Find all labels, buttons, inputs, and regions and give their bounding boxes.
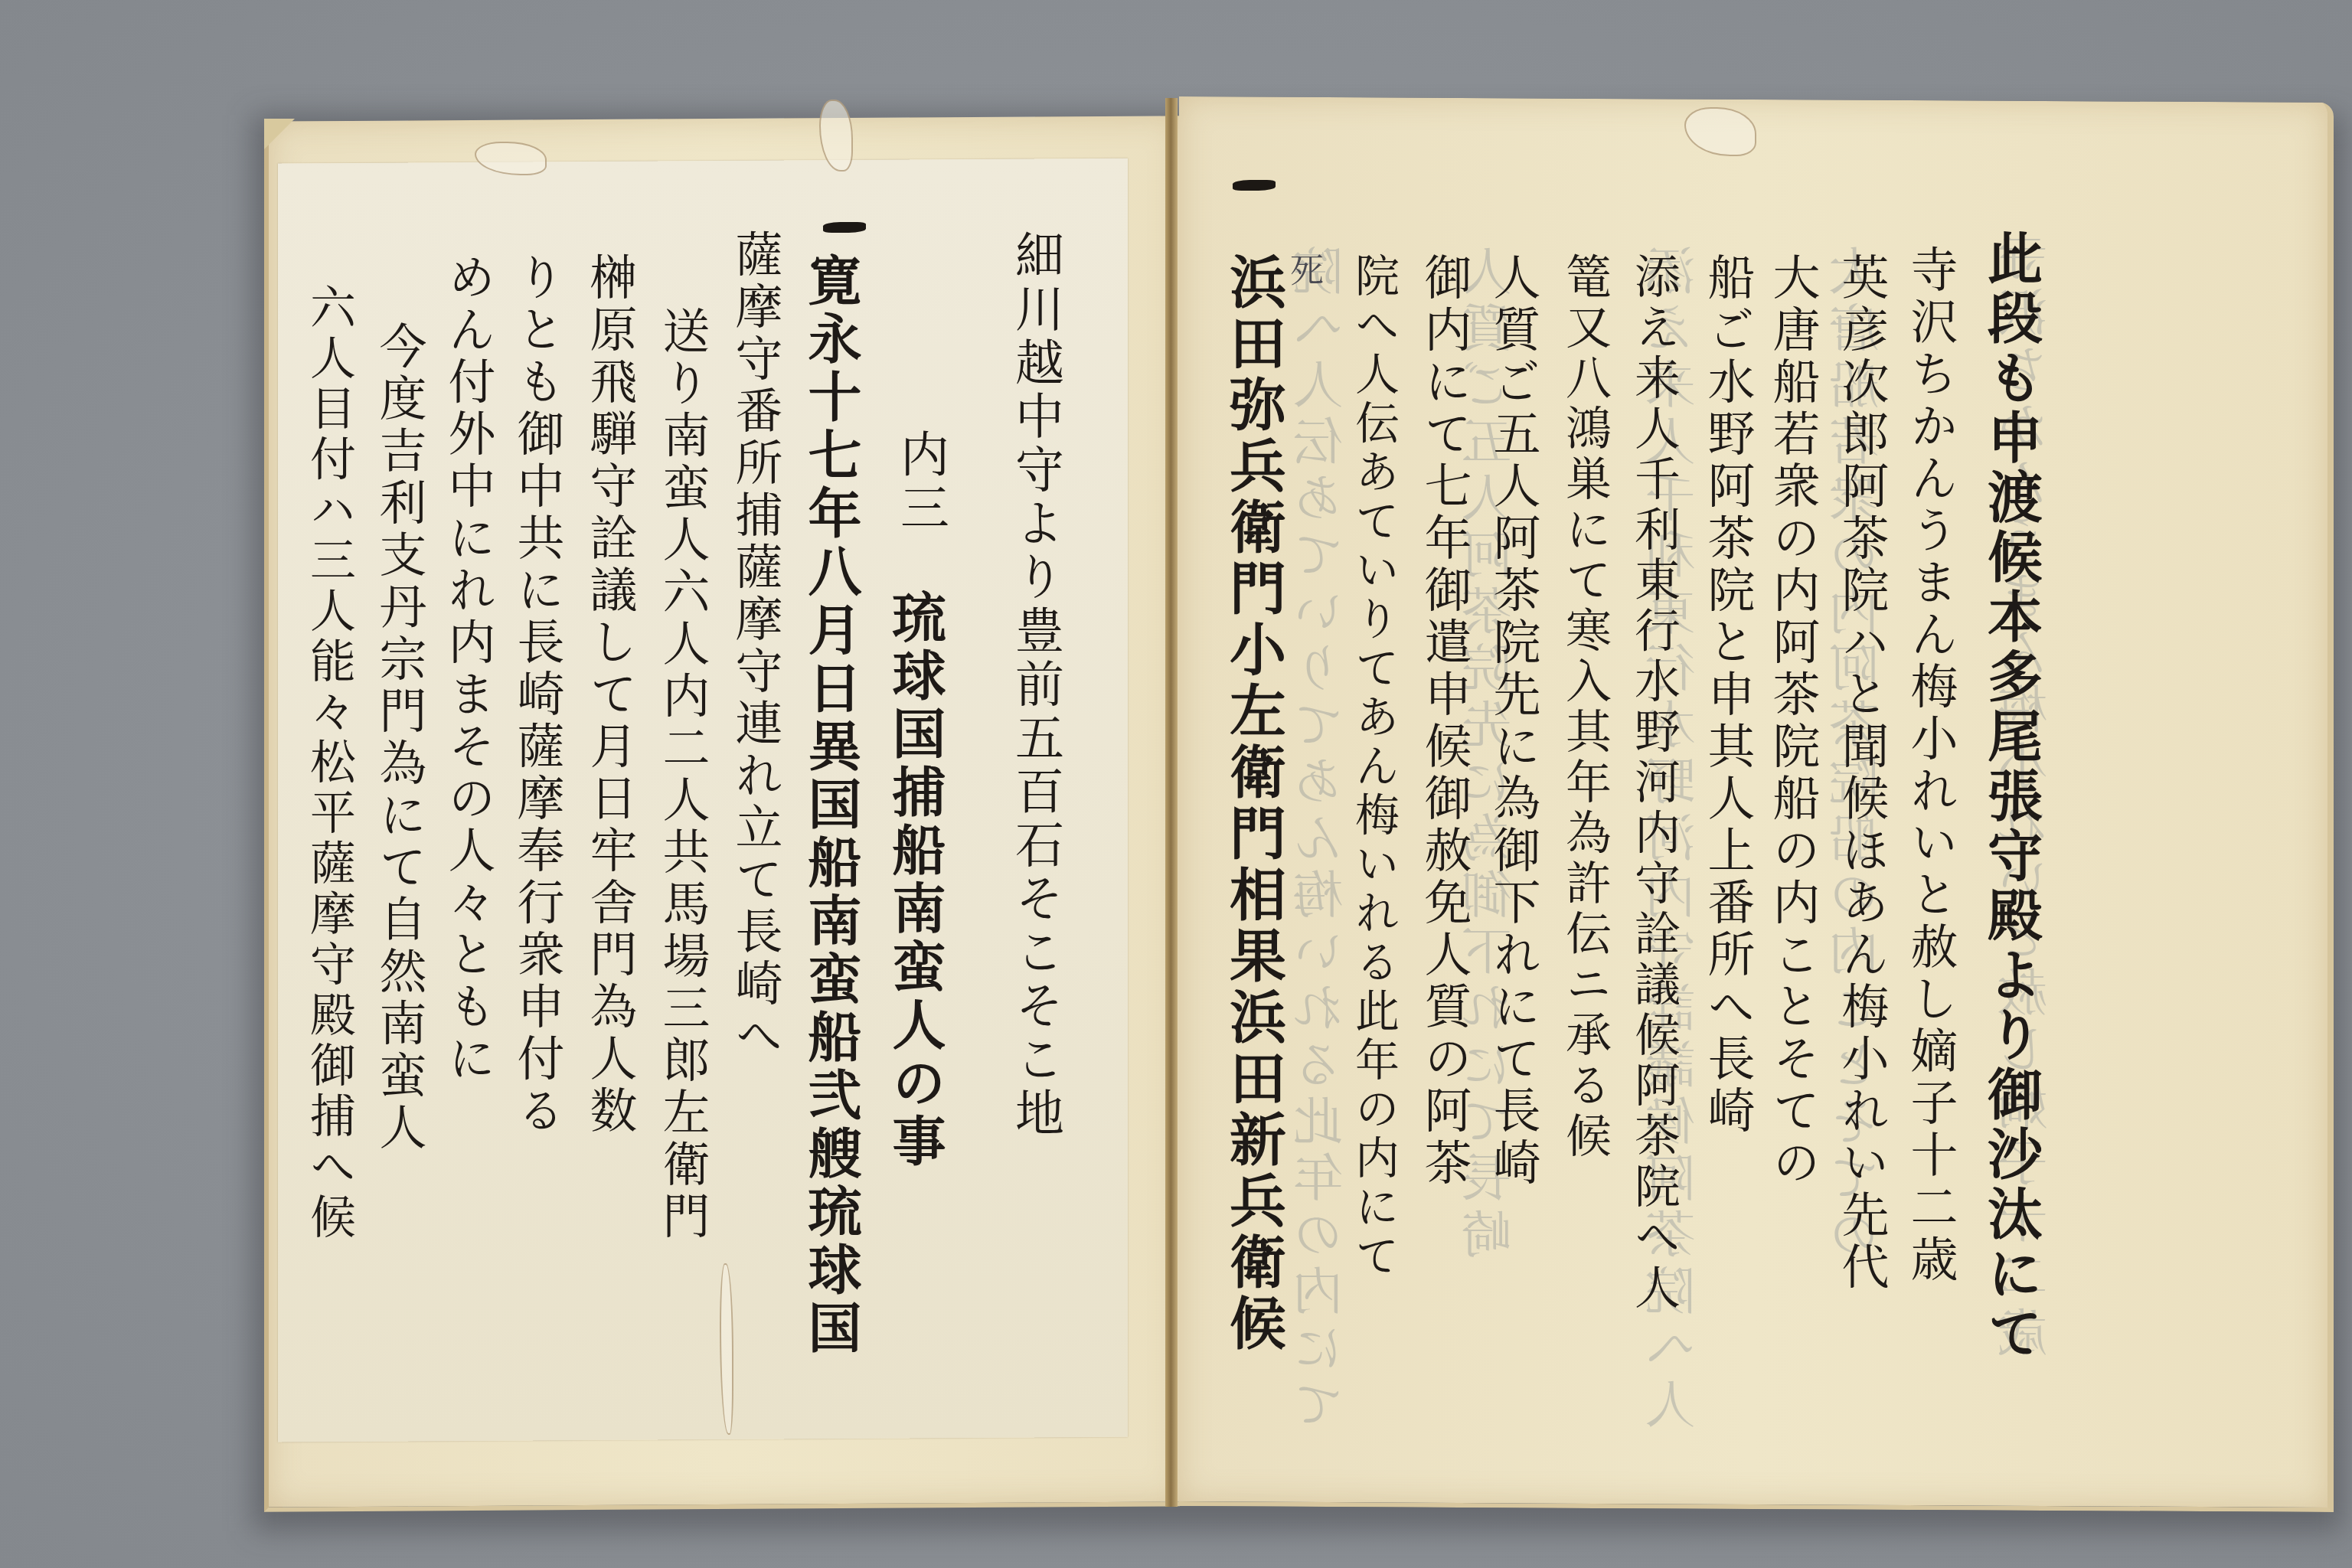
text-column: 院へ人伝あていりてあん梅いれる此年の内にて [1351,253,1396,1282]
item-marker-ichi [823,222,866,233]
folded-corner [264,119,295,149]
text-column: めん付外中にれ内まその人々ともに [444,253,492,1086]
text-column: 添え来人千利東行水野河内守詮議候阿茶院へ人 [1631,253,1677,1314]
text-column: 船ご水野阿茶院と申其人上番所へ長崎 [1704,253,1751,1138]
text-column: 琉球国捕船南蛮人の事 [888,590,942,1171]
text-column: 寛永十七年八月日異国船南蛮船弐艘琉球国 [804,253,857,1358]
text-column: 御内にて七年御遣申候御赦免人質の阿茶 [1420,253,1468,1190]
book-spine-gutter [1165,98,1178,1507]
text-column: 大唐船若衆の内阿茶院船の内ことそての [1769,253,1816,1190]
item-marker-ichi [1233,180,1276,191]
text-column: 細川越中守より豊前五百石そこそこ地 [1011,230,1060,1141]
text-column: 寺沢ちかんうまん梅小れいと赦し嫡子十二歳 [1906,245,1954,1286]
text-column: 六人目付ハ三人能々松平薩摩守殿御捕へ候 [306,283,352,1243]
text-column: 此段も申渡候本多尾張守殿より御沙汰にて [1983,230,2038,1364]
text-column: 榊原飛騨守詮議して月日牢舎門為人数 [586,253,633,1138]
text-column: 薩摩守番所捕薩摩守連れ立て長崎へ [731,230,779,1063]
text-column: 内三 [896,429,945,536]
text-column: 送り南蛮人六人内二人共馬場三郎左衛門 [658,306,706,1243]
text-column: りとも御中共に長崎薩摩奉行衆申付る [513,253,560,1138]
open-book: 寺沢ちかんうまん梅小れいと赦し嫡子十二歳 大唐船若衆の内阿茶院船の内ことそての … [0,0,2352,1568]
text-column: 今度吉利支丹宗門為にて自然南蛮人 [375,322,423,1155]
text-column: 英彦次郎阿茶院ハと聞候ほあん梅小れい先代 [1837,253,1885,1294]
text-column: 人質ご五人阿茶院先に為御下れにて長崎 [1489,253,1537,1190]
text-column: 浜田弥兵衛門小左衛門相果浜田新兵衛候 [1225,253,1282,1355]
text-annotation: 死 [1286,253,1320,291]
text-column: 篭又八鴻巣にて寒入其年為許伝ニ承る候 [1562,253,1608,1162]
